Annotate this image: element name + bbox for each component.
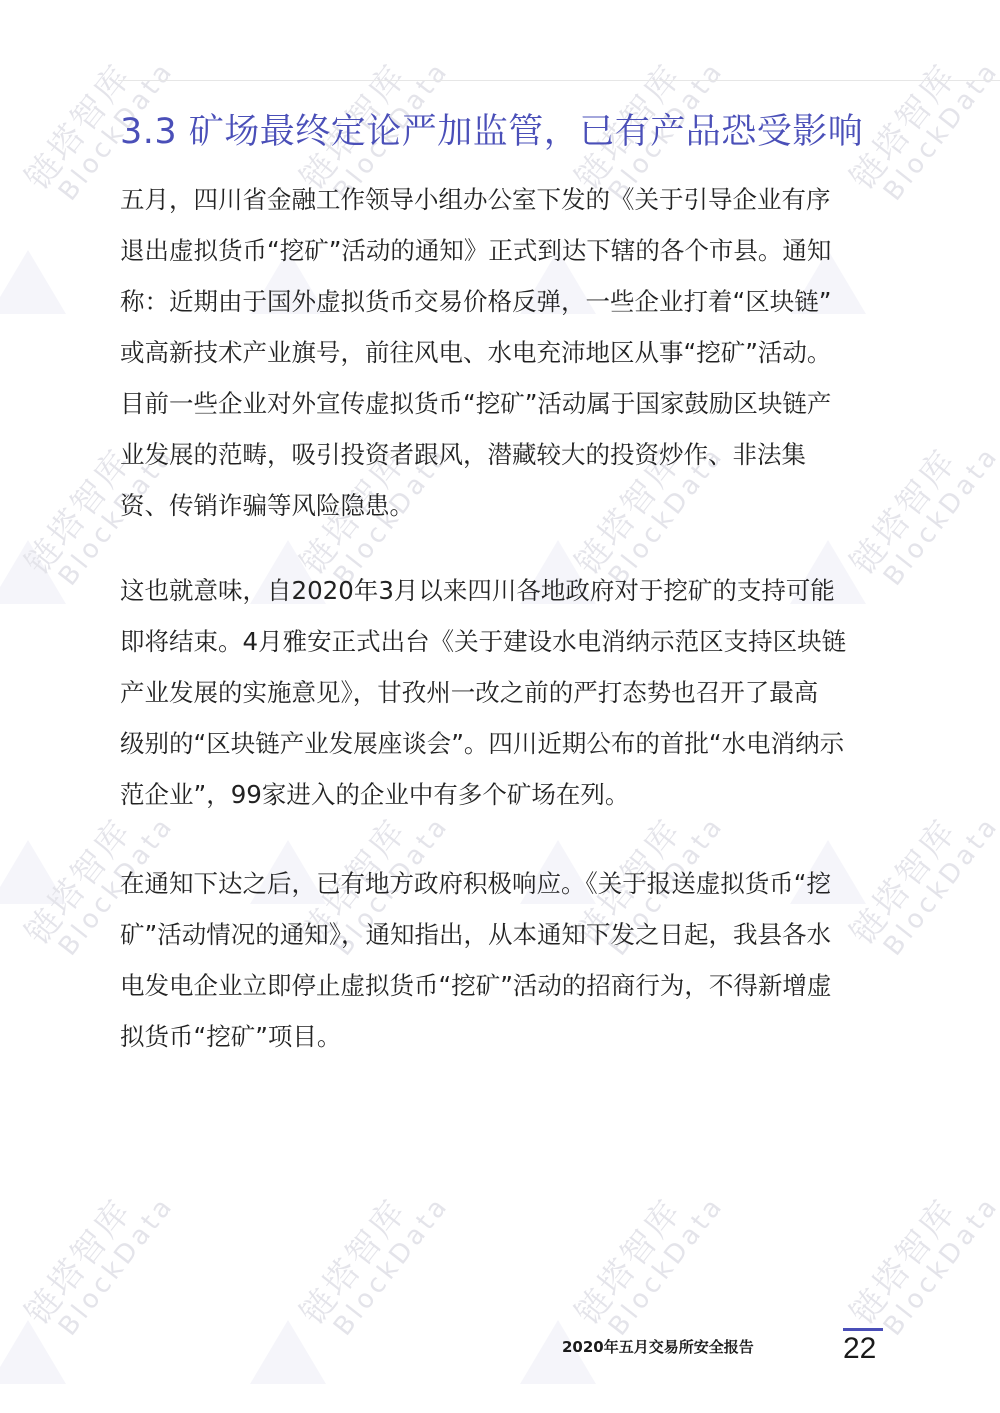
paragraph-line: 级别的“区块链产业发展座谈会”。四川近期公布的首批“水电消纳示 bbox=[120, 718, 890, 769]
paragraph-line: 退出虚拟货币“挖矿”活动的通知》正式到达下辖的各个市县。通知 bbox=[120, 225, 890, 276]
paragraph-line: 五月，四川省金融工作领导小组办公室下发的《关于引导企业有序 bbox=[120, 174, 890, 225]
watermark: 链塔智库BlockData bbox=[295, 1169, 454, 1348]
page-number-accent-bar bbox=[843, 1328, 883, 1331]
page-number: 22 bbox=[843, 1332, 876, 1366]
footer-report-title: 2020年五月交易所安全报告 bbox=[562, 1336, 754, 1357]
watermark-logo-icon bbox=[250, 1320, 326, 1384]
top-divider bbox=[118, 80, 1000, 81]
paragraph-line: 产业发展的实施意见》，甘孜州一改之前的严打态势也召开了最高 bbox=[120, 667, 890, 718]
watermark-logo-icon bbox=[0, 250, 66, 314]
watermark-logo-icon bbox=[0, 1320, 66, 1384]
watermark-logo-icon bbox=[0, 540, 66, 604]
watermark: 链塔智库BlockData bbox=[570, 1169, 729, 1348]
paragraph-line: 这也就意味，自2020年3月以来四川各地政府对于挖矿的支持可能 bbox=[120, 565, 890, 616]
paragraph-2: 这也就意味，自2020年3月以来四川各地政府对于挖矿的支持可能 即将结束。4月雅… bbox=[120, 565, 890, 820]
paragraph-line: 即将结束。4月雅安正式出台《关于建设水电消纳示范区支持区块链 bbox=[120, 616, 890, 667]
watermark-logo-icon bbox=[0, 840, 66, 904]
watermark: 链塔智库BlockData bbox=[20, 1169, 179, 1348]
paragraph-line: 资、传销诈骗等风险隐患。 bbox=[120, 480, 890, 531]
paragraph-line: 拟货币“挖矿”项目。 bbox=[120, 1011, 890, 1062]
paragraph-line: 在通知下达之后，已有地方政府积极响应。《关于报送虚拟货币“挖 bbox=[120, 858, 890, 909]
paragraph-line: 矿”活动情况的通知》，通知指出，从本通知下发之日起，我县各水 bbox=[120, 909, 890, 960]
paragraph-3: 在通知下达之后，已有地方政府积极响应。《关于报送虚拟货币“挖 矿”活动情况的通知… bbox=[120, 858, 890, 1062]
paragraph-line: 电发电企业立即停止虚拟货币“挖矿”活动的招商行为，不得新增虚 bbox=[120, 960, 890, 1011]
watermark: 链塔智库BlockData bbox=[845, 1169, 1000, 1348]
paragraph-line: 目前一些企业对外宣传虚拟货币“挖矿”活动属于国家鼓励区块链产 bbox=[120, 378, 890, 429]
section-title: 3.3 矿场最终定论严加监管，已有产品恐受影响 bbox=[120, 104, 863, 154]
paragraph-line: 业发展的范畴，吸引投资者跟风，潜藏较大的投资炒作、非法集 bbox=[120, 429, 890, 480]
paragraph-line: 称：近期由于国外虚拟货币交易价格反弹，一些企业打着“区块链” bbox=[120, 276, 890, 327]
paragraph-line: 范企业”，99家进入的企业中有多个矿场在列。 bbox=[120, 769, 890, 820]
paragraph-1: 五月，四川省金融工作领导小组办公室下发的《关于引导企业有序 退出虚拟货币“挖矿”… bbox=[120, 174, 890, 531]
paragraph-line: 或高新技术产业旗号，前往风电、水电充沛地区从事“挖矿”活动。 bbox=[120, 327, 890, 378]
